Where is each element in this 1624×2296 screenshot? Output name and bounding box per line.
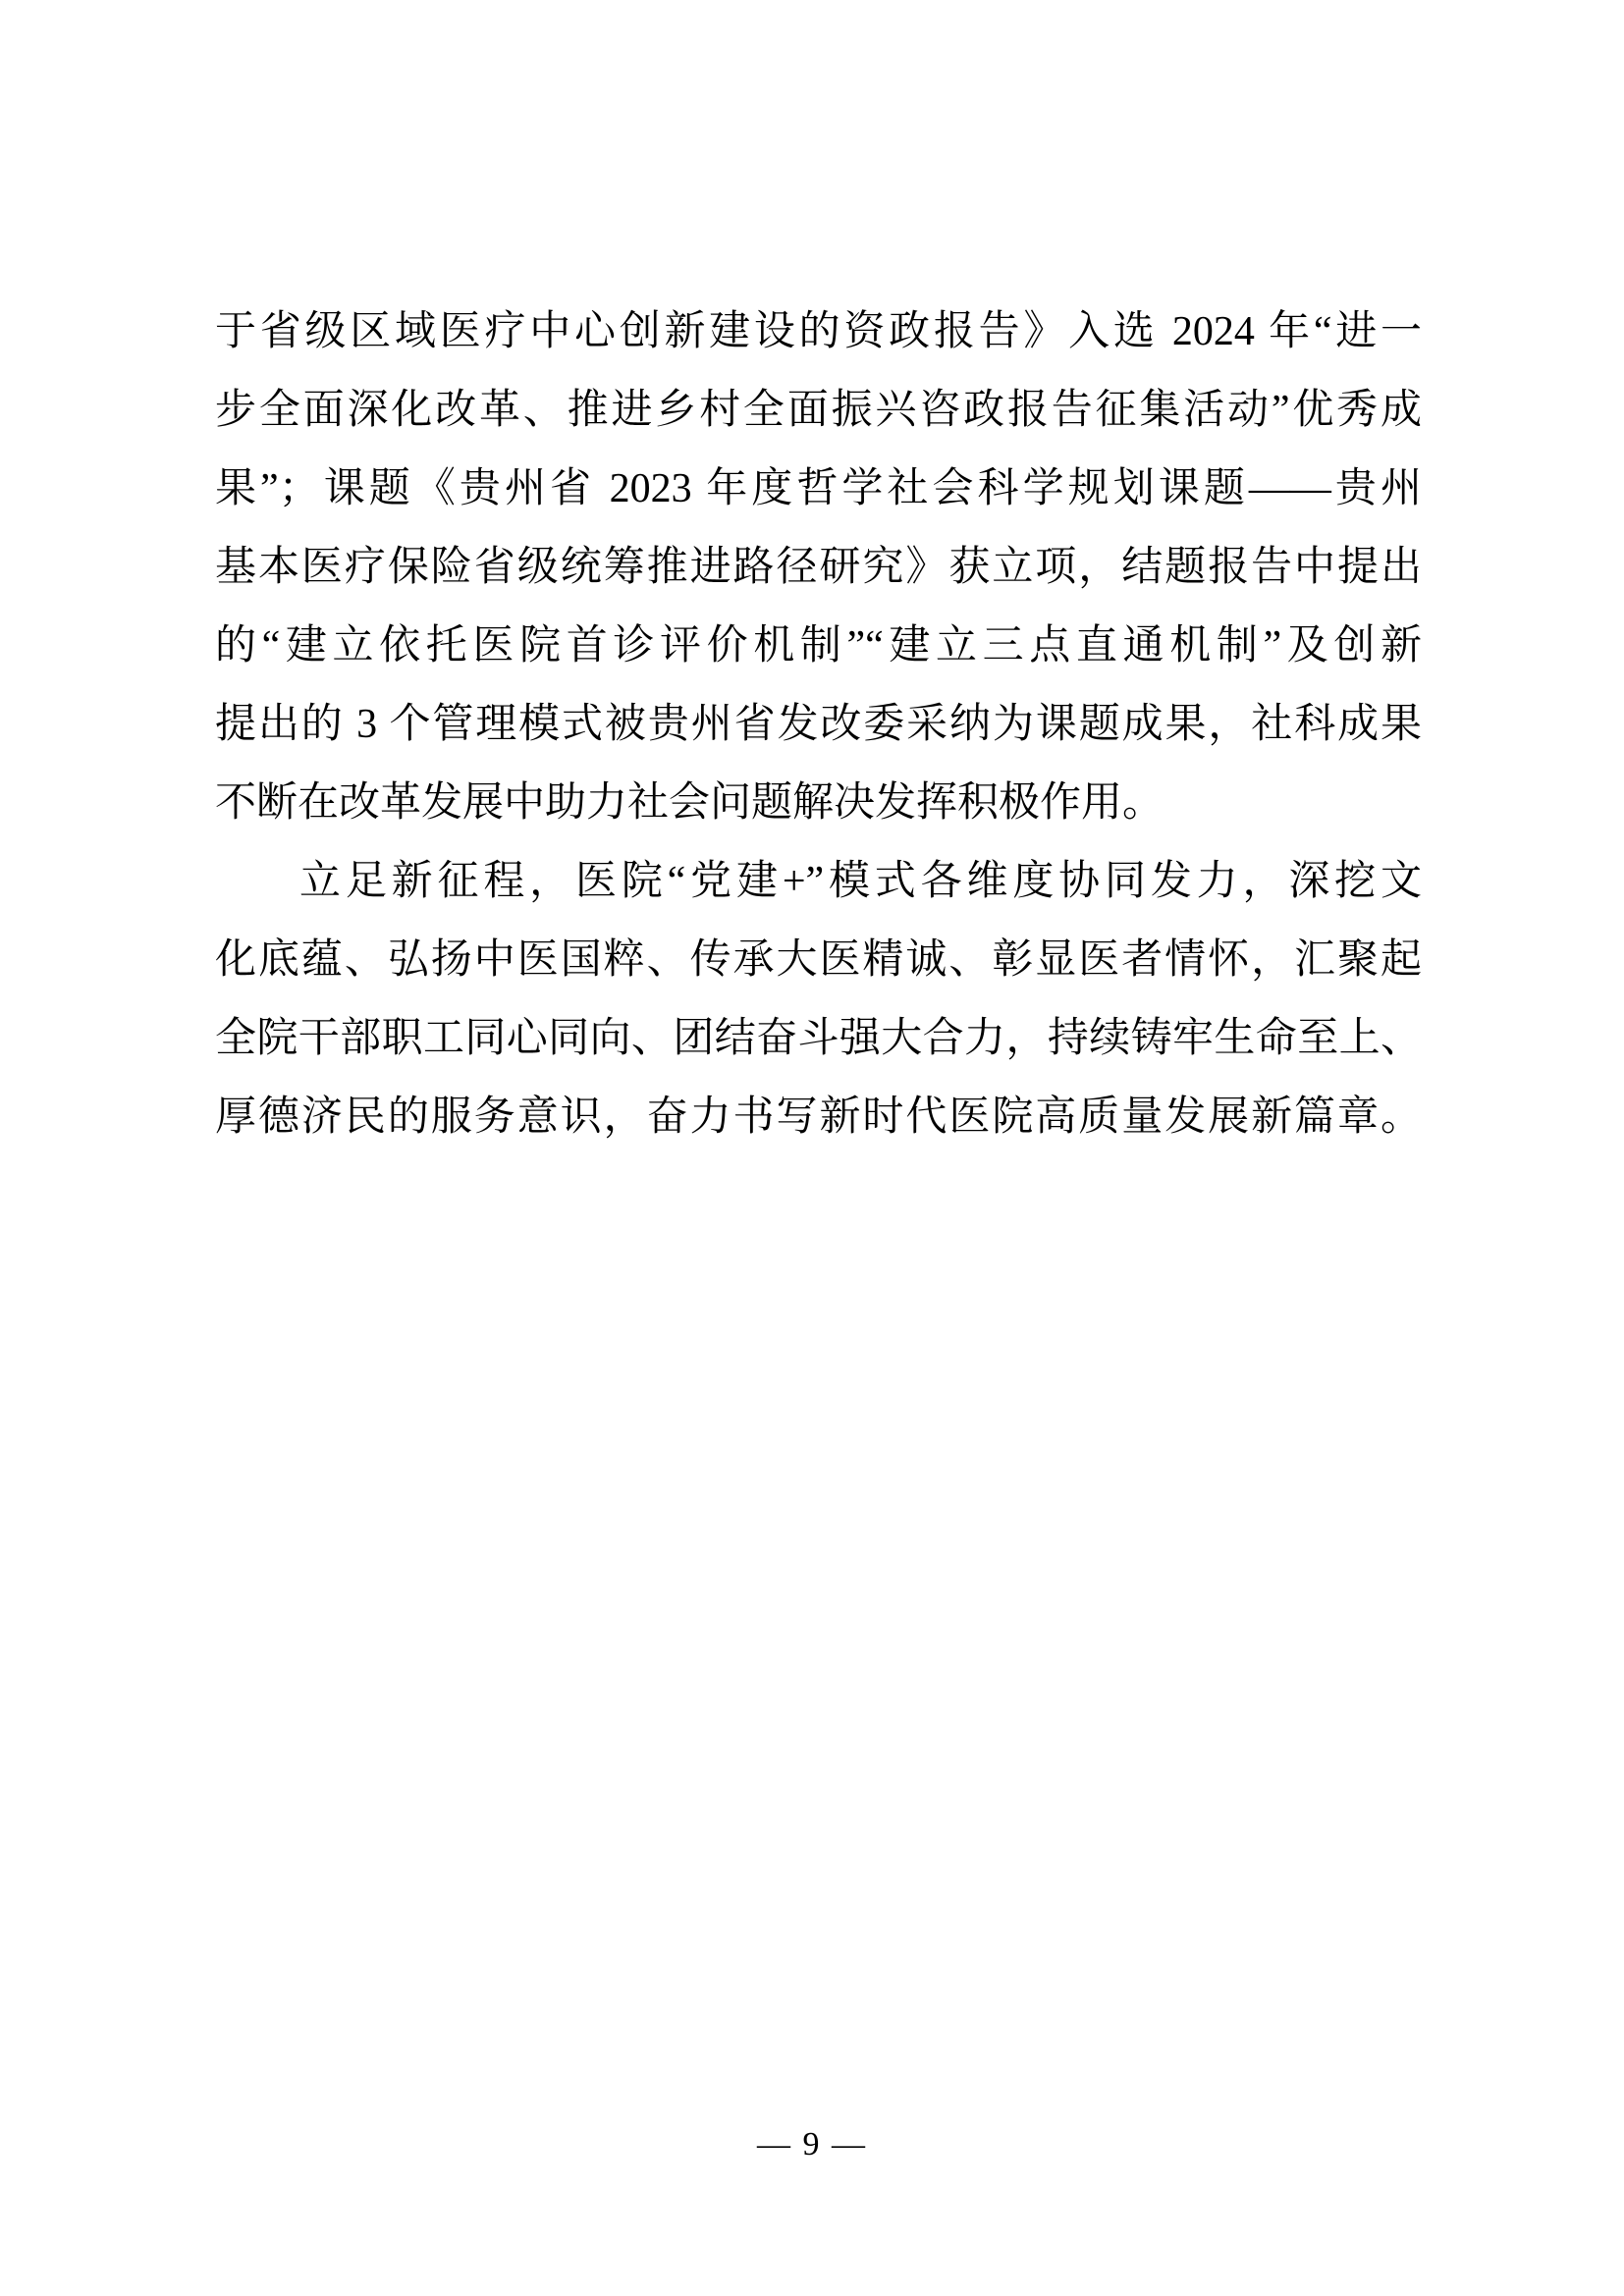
paragraph-line: 基本医疗保险省级统筹推进路径研究》获立项，结题报告中提出 xyxy=(215,528,1422,607)
page-footer: — 9 — xyxy=(0,2123,1624,2166)
paragraph-line: 厚德济民的服务意识，奋力书写新时代医院高质量发展新篇章。 xyxy=(215,1078,1422,1156)
paragraph-line: 的“建立依托医院首诊评价机制”“建立三点直通机制”及创新 xyxy=(215,607,1422,685)
paragraph-line: 提出的 3 个管理模式被贵州省发改委采纳为课题成果，社科成果 xyxy=(215,685,1422,764)
paragraph-line: 果”；课题《贵州省 2023 年度哲学社会科学规划课题——贵州 xyxy=(215,450,1422,528)
document-page: 于省级区域医疗中心创新建设的资政报告》入选 2024 年“进一 步全面深化改革、… xyxy=(0,0,1624,2296)
paragraph-line: 不断在改革发展中助力社会问题解决发挥积极作用。 xyxy=(215,764,1422,842)
page-number: — 9 — xyxy=(757,2126,867,2163)
paragraph-line: 立足新征程，医院“党建+”模式各维度协同发力，深挖文 xyxy=(215,842,1422,921)
paragraph-line: 步全面深化改革、推进乡村全面振兴咨政报告征集活动”优秀成 xyxy=(215,371,1422,450)
paragraph-line: 化底蕴、弘扬中医国粹、传承大医精诚、彰显医者情怀，汇聚起 xyxy=(215,921,1422,999)
paragraph-line: 全院干部职工同心同向、团结奋斗强大合力，持续铸牢生命至上、 xyxy=(215,999,1422,1078)
body-text: 于省级区域医疗中心创新建设的资政报告》入选 2024 年“进一 步全面深化改革、… xyxy=(215,293,1422,1156)
paragraph-line: 于省级区域医疗中心创新建设的资政报告》入选 2024 年“进一 xyxy=(215,293,1422,371)
